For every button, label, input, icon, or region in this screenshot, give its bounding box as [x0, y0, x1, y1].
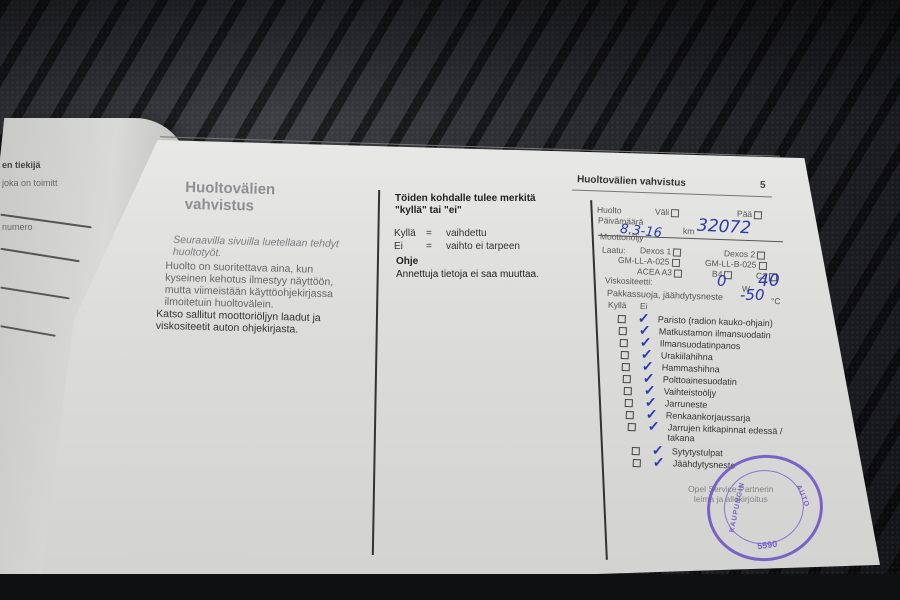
option-label: GM-LL-A-025 [618, 255, 670, 267]
yes-checkbox[interactable] [620, 339, 628, 347]
viscosity-label: Viskositeetti: [605, 275, 653, 287]
intro-paragraph-2: Huolto on suoritettava aina, kun kyseine… [164, 260, 333, 312]
yes-checkbox[interactable] [626, 411, 634, 419]
legend-key: Kyllä [394, 228, 416, 239]
left-page-fragment: en tiekijä [2, 160, 41, 170]
yes-checkbox[interactable] [621, 351, 629, 359]
seat-edge [0, 574, 900, 600]
intro-paragraph-1: Seuraavilla sivuilla luetellaan tehdyt h… [173, 234, 339, 262]
legend-eq: = [426, 228, 432, 239]
checklist-item-label: Hammashihna [662, 362, 720, 374]
legend-key: Ei [394, 241, 403, 252]
yes-checkbox[interactable] [633, 459, 641, 467]
note-title: Ohje [396, 256, 418, 267]
legend-eq: = [426, 241, 432, 252]
text-line: "kyllä" tai "ei" [395, 205, 536, 217]
no-checkmark-icon[interactable]: ✓ [648, 418, 660, 435]
intro-paragraph-3: Katso sallitut moottoriöljyn laadut ja v… [156, 308, 321, 336]
checkbox[interactable] [671, 209, 679, 217]
legend-yes: Kyllä = vaihdettu [394, 228, 416, 239]
km-value: 32072 [697, 216, 752, 239]
option-label: Dexos 2 [724, 248, 756, 259]
yes-checkbox[interactable] [619, 327, 627, 335]
option-label: Dexos 1 [640, 245, 672, 256]
top-shadow [0, 0, 900, 120]
checkbox[interactable] [758, 262, 766, 270]
legend-value: vaihto ei tarpeen [446, 241, 520, 252]
checklist-item-label: Urakiilahihna [661, 350, 713, 362]
checklist-item-label: Sytytystulpat [672, 446, 723, 458]
checkbox[interactable] [754, 211, 762, 219]
legend-value: vaihdettu [446, 228, 487, 239]
quality-option[interactable]: GM-LL-A-025 [618, 255, 680, 267]
checklist-item-label: Vaihteistoöljy [664, 386, 717, 398]
antifreeze-unit: °C [771, 296, 781, 306]
legend-no: Ei = vaihto ei tarpeen [394, 241, 403, 252]
no-checkmark-icon[interactable]: ✓ [653, 454, 665, 471]
antifreeze-value: -50 [740, 286, 765, 304]
left-page-fragment: joka on toimitt [2, 178, 58, 188]
km-label: km [683, 226, 695, 236]
yes-checkbox[interactable] [624, 387, 632, 395]
yes-checkbox[interactable] [618, 315, 626, 323]
section-heading: Huoltovälien vahvistus [185, 179, 276, 215]
page-number: 5 [760, 180, 766, 191]
yes-checkbox[interactable] [622, 363, 630, 371]
service-minor-option[interactable]: Väli [655, 207, 680, 218]
stamp-number: 5590 [757, 539, 778, 552]
instructions-heading: Töiden kohdalle tulee merkitä "kyllä" ta… [395, 193, 536, 217]
text-line: Töiden kohdalle tulee merkitä [395, 193, 536, 205]
checkbox[interactable] [674, 269, 682, 277]
yes-checkbox[interactable] [632, 447, 640, 455]
checkbox[interactable] [757, 251, 765, 259]
stamp-inner-ring [719, 465, 809, 549]
checklist-item-label: Jarruneste [665, 398, 708, 409]
viscosity-value-a: 0 [717, 272, 727, 290]
service-label: Huolto [597, 205, 622, 216]
checkbox[interactable] [673, 248, 681, 256]
column-header-yes: Kyllä [608, 300, 627, 311]
quality-label: Laatu: [602, 245, 626, 256]
option-label: Väli [655, 207, 670, 217]
note-text: Annettuja tietoja ei saa muuttaa. [396, 269, 539, 280]
yes-checkbox[interactable] [623, 375, 631, 383]
checkbox[interactable] [671, 259, 679, 267]
heading-line: vahvistus [185, 196, 275, 215]
engine-oil-label: Moottoriöljy [600, 231, 644, 243]
yes-checkbox[interactable] [628, 423, 636, 431]
yes-checkbox[interactable] [625, 399, 633, 407]
left-page-fragment: numero [2, 222, 33, 232]
